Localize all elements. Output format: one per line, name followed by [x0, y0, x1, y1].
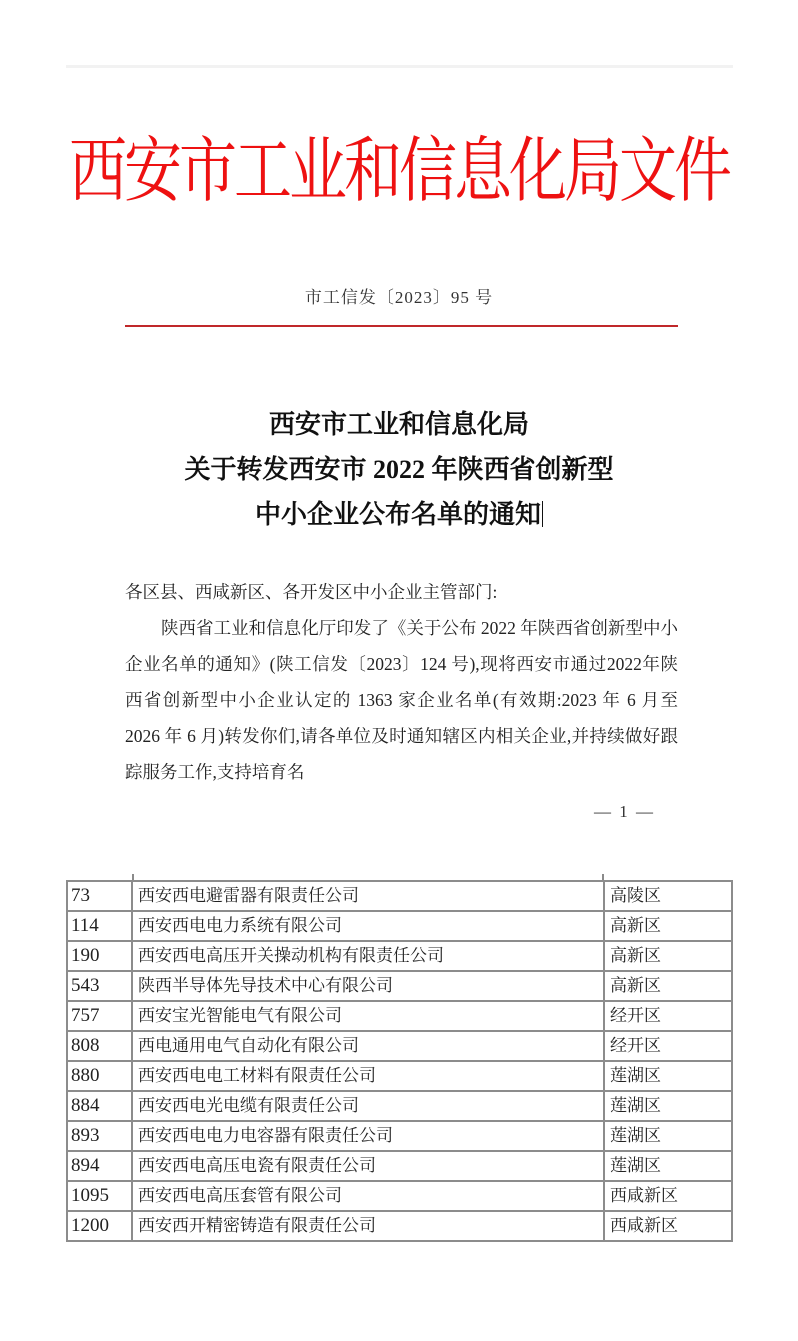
company-name-cell: 陕西半导体先导技术中心有限公司 — [132, 971, 604, 1001]
table-row: 808西电通用电气自动化有限公司经开区 — [67, 1031, 732, 1061]
table-column-divider-stub — [602, 874, 604, 880]
district-cell: 高新区 — [604, 941, 732, 971]
body-paragraph: 陕西省工业和信息化厅印发了《关于公布 2022 年陕西省创新型中小企业名单的通知… — [125, 610, 678, 790]
district-cell: 莲湖区 — [604, 1091, 732, 1121]
row-number-cell: 757 — [67, 1001, 132, 1031]
table-row: 880西安西电电工材料有限责任公司莲湖区 — [67, 1061, 732, 1091]
row-number-cell: 73 — [67, 881, 132, 911]
company-name-cell: 西电通用电气自动化有限公司 — [132, 1031, 604, 1061]
enterprise-table: 73西安西电避雷器有限责任公司高陵区114西安西电电力系统有限公司高新区190西… — [66, 880, 733, 1242]
district-cell: 西咸新区 — [604, 1211, 732, 1241]
table-row: 114西安西电电力系统有限公司高新区 — [67, 911, 732, 941]
district-cell: 经开区 — [604, 1031, 732, 1061]
company-name-cell: 西安西电光电缆有限责任公司 — [132, 1091, 604, 1121]
company-name-cell: 西安宝光智能电气有限公司 — [132, 1001, 604, 1031]
row-number-cell: 1200 — [67, 1211, 132, 1241]
row-number-cell: 884 — [67, 1091, 132, 1121]
notice-title: 西安市工业和信息化局 关于转发西安市 2022 年陕西省创新型 中小企业公布名单… — [0, 402, 798, 537]
company-name-cell: 西安西开精密铸造有限责任公司 — [132, 1211, 604, 1241]
district-cell: 西咸新区 — [604, 1181, 732, 1211]
district-cell: 经开区 — [604, 1001, 732, 1031]
row-number-cell: 1095 — [67, 1181, 132, 1211]
title-line-2: 关于转发西安市 2022 年陕西省创新型 — [0, 447, 798, 492]
company-name-cell: 西安西电电力电容器有限责任公司 — [132, 1121, 604, 1151]
table-row: 1200西安西开精密铸造有限责任公司西咸新区 — [67, 1211, 732, 1241]
row-number-cell: 894 — [67, 1151, 132, 1181]
row-number-cell: 893 — [67, 1121, 132, 1151]
company-name-cell: 西安西电高压电瓷有限责任公司 — [132, 1151, 604, 1181]
row-number-cell: 808 — [67, 1031, 132, 1061]
page-top-divider — [66, 65, 733, 68]
row-number-cell: 880 — [67, 1061, 132, 1091]
document-red-header: 西安市工业和信息化局文件 — [0, 122, 798, 220]
company-name-cell: 西安西电电力系统有限公司 — [132, 911, 604, 941]
table-column-divider-stub — [132, 874, 134, 880]
table-row: 884西安西电光电缆有限责任公司莲湖区 — [67, 1091, 732, 1121]
district-cell: 莲湖区 — [604, 1061, 732, 1091]
salutation: 各区县、西咸新区、各开发区中小企业主管部门: — [125, 574, 678, 610]
document-number: 市工信发〔2023〕95 号 — [0, 285, 798, 311]
text-cursor — [542, 501, 543, 527]
company-name-cell: 西安西电高压套管有限公司 — [132, 1181, 604, 1211]
table-row: 543陕西半导体先导技术中心有限公司高新区 — [67, 971, 732, 1001]
district-cell: 高陵区 — [604, 881, 732, 911]
district-cell: 高新区 — [604, 911, 732, 941]
row-number-cell: 543 — [67, 971, 132, 1001]
table-row: 894西安西电高压电瓷有限责任公司莲湖区 — [67, 1151, 732, 1181]
red-separator-rule — [125, 325, 678, 327]
page-number: — 1 — — [594, 802, 655, 822]
district-cell: 高新区 — [604, 971, 732, 1001]
row-number-cell: 114 — [67, 911, 132, 941]
row-number-cell: 190 — [67, 941, 132, 971]
title-line-3: 中小企业公布名单的通知 — [255, 500, 541, 529]
table-row: 893西安西电电力电容器有限责任公司莲湖区 — [67, 1121, 732, 1151]
enterprise-list-table: 73西安西电避雷器有限责任公司高陵区114西安西电电力系统有限公司高新区190西… — [66, 880, 733, 1242]
table-row: 73西安西电避雷器有限责任公司高陵区 — [67, 881, 732, 911]
table-row: 190西安西电高压开关操动机构有限责任公司高新区 — [67, 941, 732, 971]
table-row: 1095西安西电高压套管有限公司西咸新区 — [67, 1181, 732, 1211]
company-name-cell: 西安西电电工材料有限责任公司 — [132, 1061, 604, 1091]
district-cell: 莲湖区 — [604, 1151, 732, 1181]
title-line-3-wrap: 中小企业公布名单的通知 — [0, 492, 798, 537]
table-row: 757西安宝光智能电气有限公司经开区 — [67, 1001, 732, 1031]
notice-body: 各区县、西咸新区、各开发区中小企业主管部门: 陕西省工业和信息化厅印发了《关于公… — [125, 574, 678, 790]
title-line-1: 西安市工业和信息化局 — [0, 402, 798, 447]
company-name-cell: 西安西电高压开关操动机构有限责任公司 — [132, 941, 604, 971]
district-cell: 莲湖区 — [604, 1121, 732, 1151]
company-name-cell: 西安西电避雷器有限责任公司 — [132, 881, 604, 911]
